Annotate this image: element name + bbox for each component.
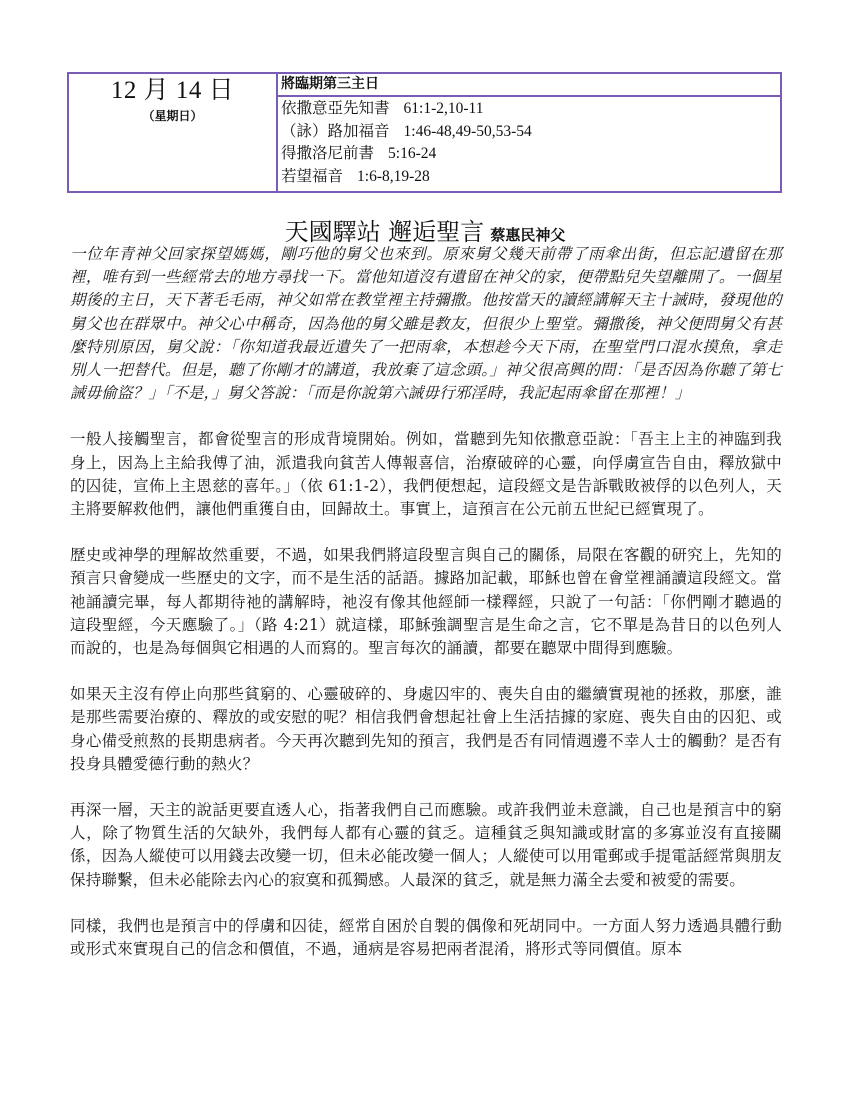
- liturgy-header-table: 12 月 14 日 （星期日） 將臨期第三主日 依撒意亞先知書61:1-2,10…: [67, 72, 782, 193]
- reading-reference: 61:1-2,10-11: [404, 100, 484, 117]
- reading-reference: 1:6-8,19-28: [357, 168, 430, 185]
- article-paragraph-anecdote: 一位年青神父回家探望媽媽，剛巧他的舅父也來到。原來舅父幾天前帶了雨傘出街，但忘記…: [70, 243, 782, 405]
- article-paragraph: 同樣，我們也是預言中的俘虜和囚徒，經常自困於自製的偶像和死胡同中。一方面人努力透…: [70, 915, 782, 961]
- weekday: （星期日）: [69, 107, 276, 124]
- article-body: 一位年青神父回家探望媽媽，剛巧他的舅父也來到。原來舅父幾天前帶了雨傘出街，但忘記…: [70, 243, 782, 984]
- reading-book: 得撒洛尼前書: [281, 145, 374, 162]
- reading-book: 若望福音: [281, 168, 343, 185]
- article-title-text: 天國驛站 邂逅聖言: [285, 218, 485, 246]
- liturgical-sunday-title: 將臨期第三主日: [278, 74, 780, 97]
- reading-reference: 5:16-24: [388, 145, 436, 162]
- readings-cell: 將臨期第三主日 依撒意亞先知書61:1-2,10-11 （詠）路加福音1:46-…: [278, 74, 780, 191]
- reading-item: 得撒洛尼前書5:16-24: [281, 143, 780, 166]
- date: 12 月 14 日: [69, 77, 276, 105]
- article-paragraph: 如果天主沒有停止向那些貧窮的、心靈破碎的、身處囚牢的、喪失自由的繼續實現祂的拯救…: [70, 683, 782, 776]
- date-cell: 12 月 14 日 （星期日）: [69, 74, 278, 191]
- article-paragraph: 歷史或神學的理解故然重要，不過，如果我們將這段聖言與自己的關係，局限在客觀的研究…: [70, 544, 782, 660]
- reading-item: 依撒意亞先知書61:1-2,10-11: [281, 98, 780, 121]
- reading-item: （詠）路加福音1:46-48,49-50,53-54: [281, 121, 780, 144]
- readings-list: 依撒意亞先知書61:1-2,10-11 （詠）路加福音1:46-48,49-50…: [278, 97, 780, 188]
- article-title: 天國驛站 邂逅聖言蔡惠民神父: [0, 212, 850, 247]
- article-paragraph: 一般人接觸聖言，都會從聖言的形成背境開始。例如，當聽到先知依撒意亞說：「吾主上主…: [70, 428, 782, 521]
- article-author: 蔡惠民神父: [490, 226, 565, 244]
- reading-item: 若望福音1:6-8,19-28: [281, 166, 780, 189]
- article-paragraph: 再深一層，天主的說話更要直透人心，指著我們自己而應驗。或許我們並未意識，自己也是…: [70, 799, 782, 892]
- reading-book: 依撒意亞先知書: [281, 100, 390, 117]
- reading-reference: 1:46-48,49-50,53-54: [404, 123, 532, 140]
- reading-book: （詠）路加福音: [281, 123, 390, 140]
